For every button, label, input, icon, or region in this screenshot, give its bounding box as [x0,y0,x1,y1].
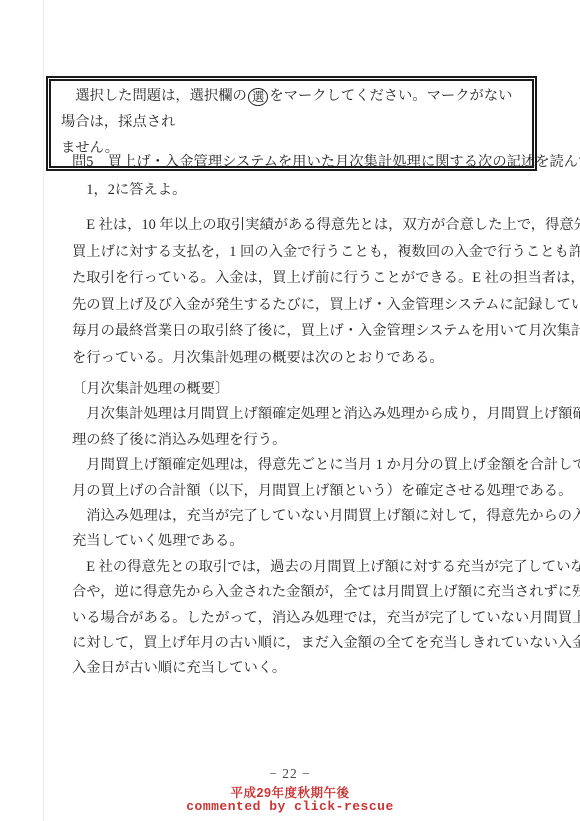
text-line: 月次集計処理は月間買上げ額確定処理と消込み処理から成り，月間買上げ額確定処 [72,402,580,427]
text-line: に対して，買上げ年月の古い順に，まだ入金額の全てを充当しきれていない入金を， [72,631,580,656]
text-line: E 社は，10 年以上の取引実績がある得意先とは，双方が合意した上で，得意先の [72,212,580,239]
overview-section: 〔月次集計処理の概要〕 月次集計処理は月間買上げ額確定処理と消込み処理から成り，… [72,377,580,682]
text-line: 入金日が古い順に充当していく。 [72,656,580,681]
circled-sen-mark: 選 [248,88,269,106]
text-line: 買上げに対する支払を，1 回の入金で行うことも，複数回の入金で行うことも許容し [72,239,580,266]
overview-paragraphs: 月次集計処理は月間買上げ額確定処理と消込み処理から成り，月間買上げ額確定処理の終… [72,402,580,681]
text-line: 問5 買上げ・入金管理システムを用いた月次集計処理に関する次の記述を読んで，設問 [72,148,580,176]
text-line: 消込み処理は，充当が完了していない月間買上げ額に対して，得意先からの入金を [72,504,580,529]
text-line: 月間買上げ額確定処理は，得意先ごとに当月 1 か月分の買上げ金額を合計して，当 [72,453,580,478]
section-heading: 〔月次集計処理の概要〕 [72,377,580,402]
text-line: た取引を行っている。入金は，買上げ前に行うことができる。E 社の担当者は，得意 [72,265,580,292]
text-line: 月の買上げの合計額（以下，月間買上げ額という）を確定させる処理である。 [72,479,580,504]
footer-page-number: − 22 − [0,766,580,782]
text-line: いる場合がある。したがって，消込み処理では，充当が完了していない月間買上げ額 [72,606,580,631]
text-line: 合や，逆に得意先から入金された金額が，全ては月間買上げ額に充当されずに残って [72,580,580,605]
text-line: E 社の得意先との取引では，過去の月間買上げ額に対する充当が完了していない場 [72,555,580,580]
footer-watermark: commented by click-rescue [0,799,580,814]
text-line: 充当していく処理である。 [72,529,580,554]
text-line: 先の買上げ及び入金が発生するたびに，買上げ・入金管理システムに記録している。 [72,292,580,319]
text-line: を行っている。月次集計処理の概要は次のとおりである。 [72,345,580,372]
intro-paragraph: E 社は，10 年以上の取引実績がある得意先とは，双方が合意した上で，得意先の買… [72,212,580,371]
question-heading: 問5 買上げ・入金管理システムを用いた月次集計処理に関する次の記述を読んで，設問… [72,148,580,204]
text-line: 理の終了後に消込み処理を行う。 [72,428,580,453]
text-line: 毎月の最終営業日の取引終了後に，買上げ・入金管理システムを用いて月次集計処理 [72,318,580,345]
notice-text-before: 選択した問題は，選択欄の [61,88,247,104]
scan-fold-line [43,0,44,821]
text-line: 1，2に答えよ。 [72,176,580,204]
